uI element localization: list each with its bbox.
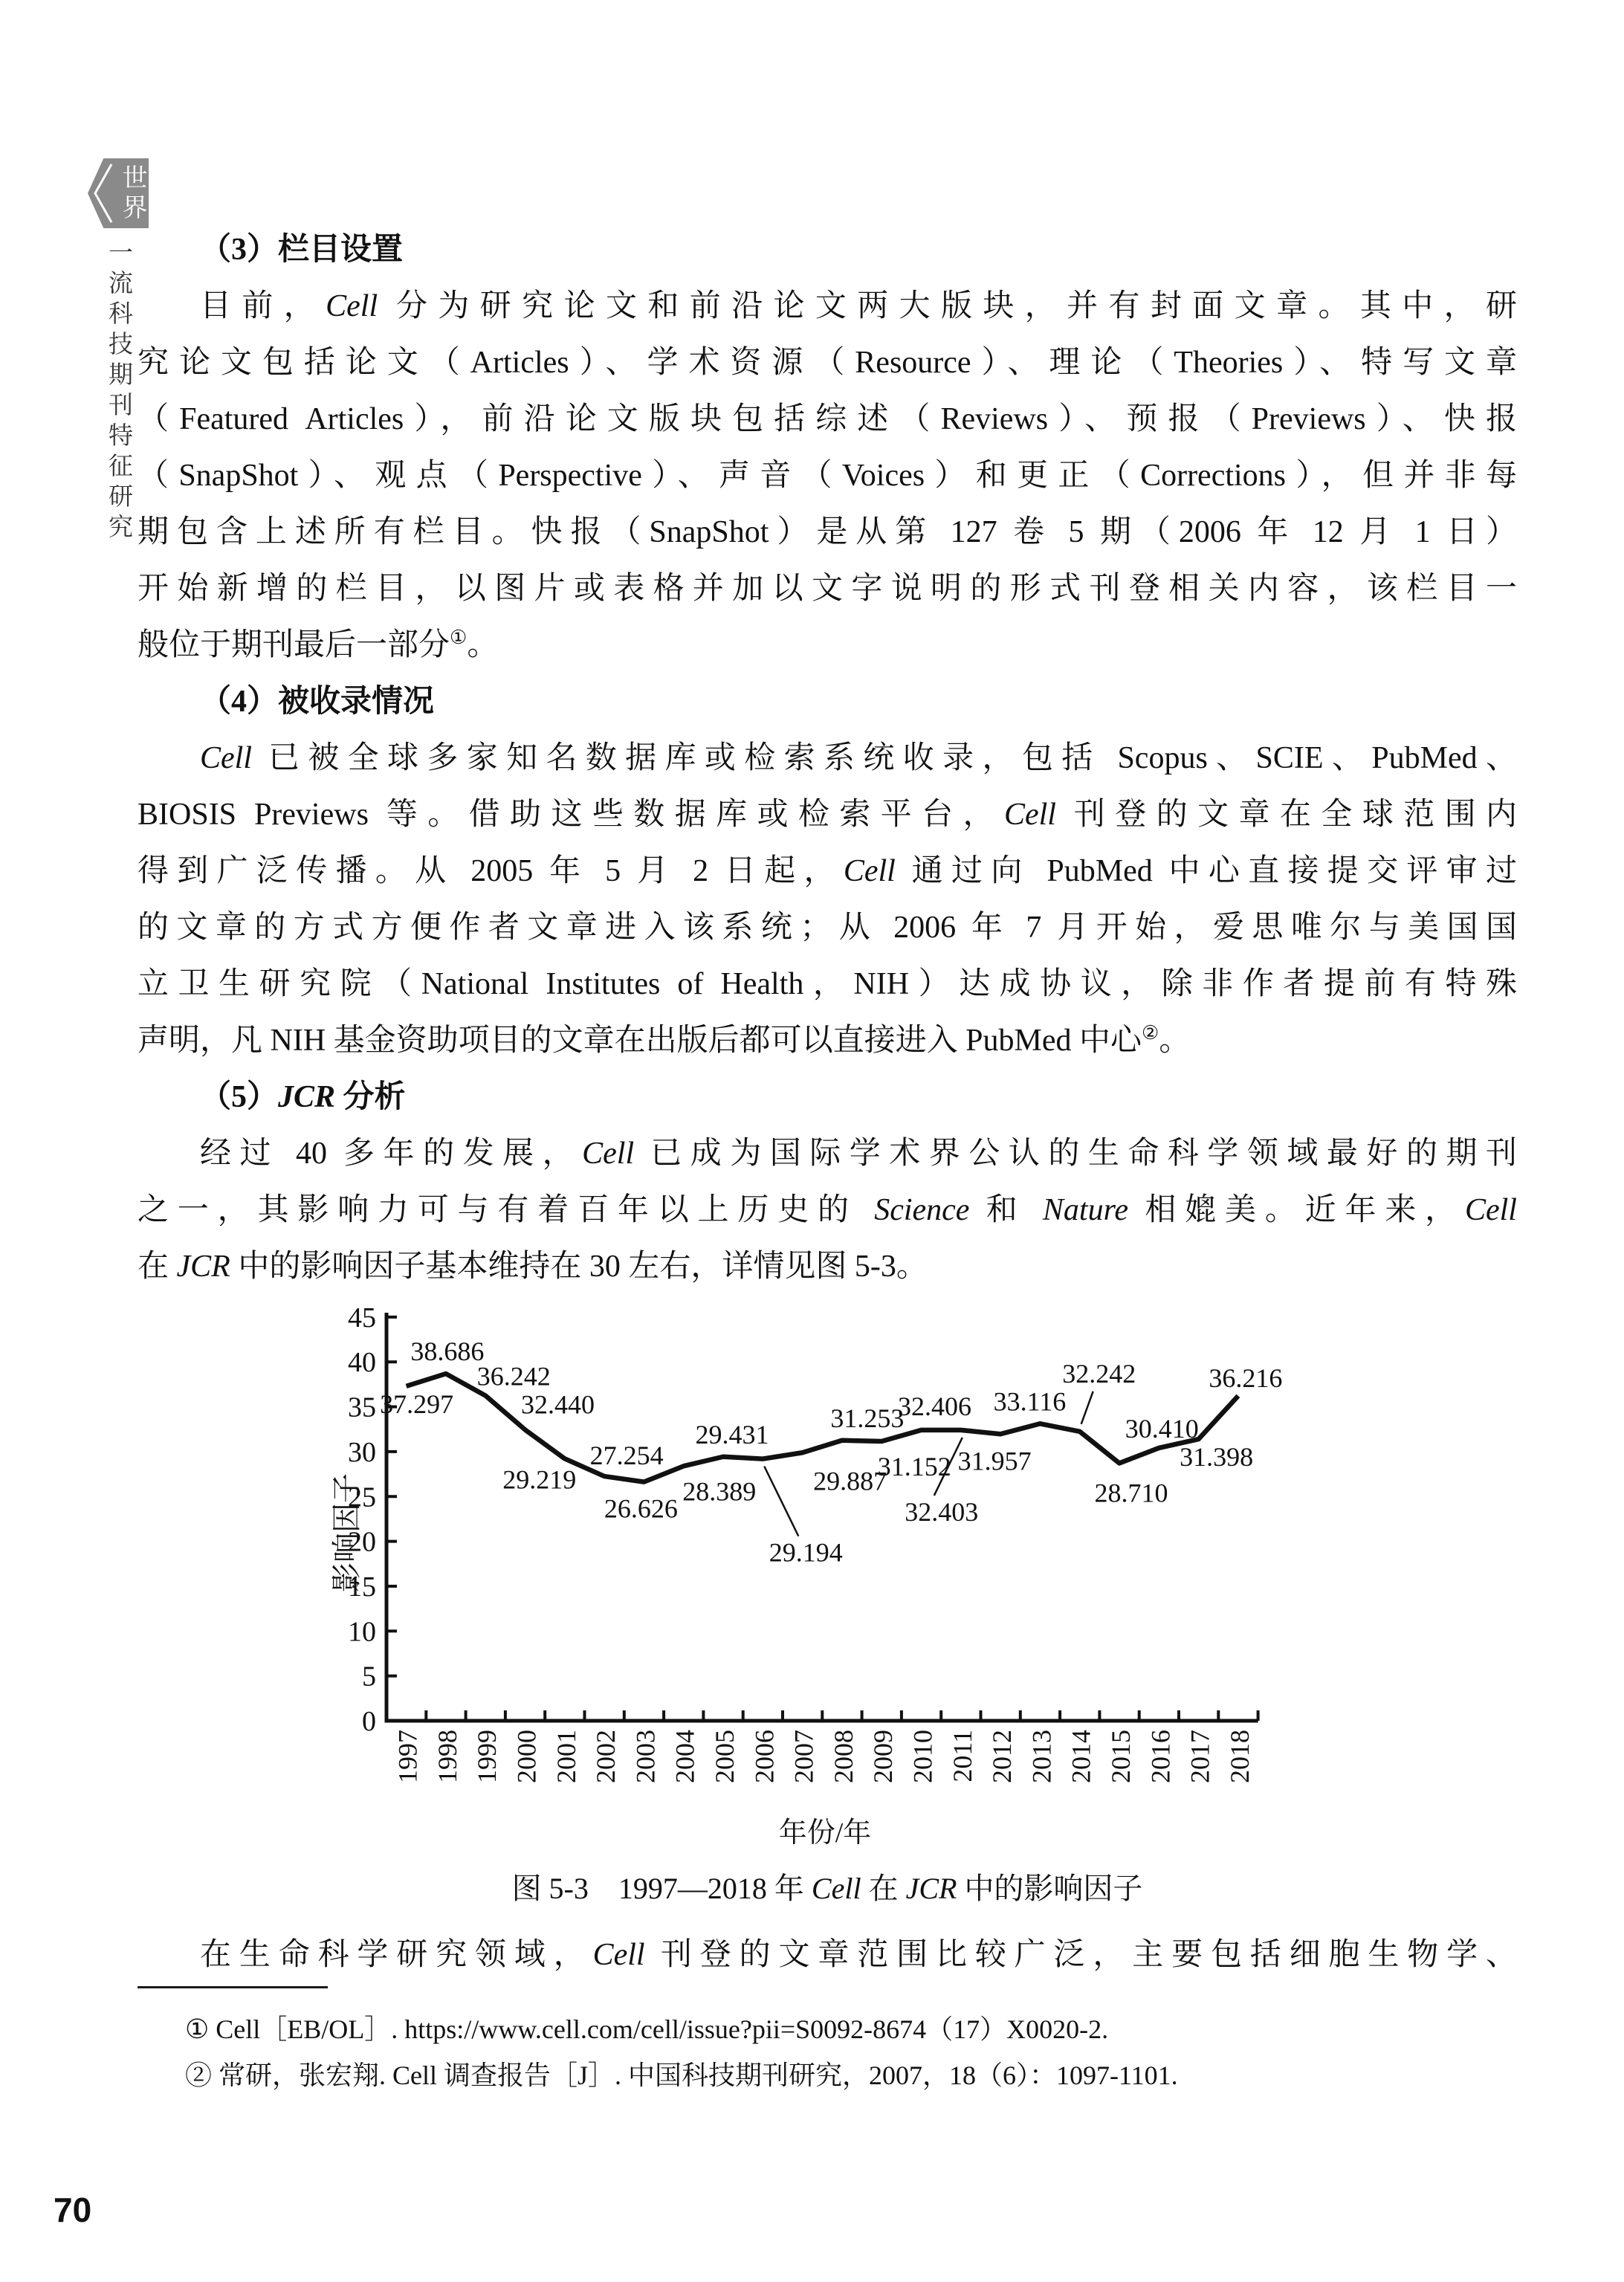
year-label: 2010 — [908, 1730, 938, 1783]
year-label: 2000 — [512, 1730, 542, 1783]
text-segment: 在生命科学研究领域， — [200, 1938, 593, 1972]
text-segment: 相媲美。近年来， — [1128, 1193, 1465, 1227]
text-segment: 中的影响因子基本维持在 30 左右，详情见图 5-3。 — [230, 1250, 928, 1284]
year-label: 2009 — [868, 1730, 898, 1783]
impact-factor-chart: 0510152025303540451997199819992000200120… — [282, 1302, 1360, 1878]
year-label: 2018 — [1225, 1730, 1255, 1783]
data-label: 31.253 — [830, 1403, 904, 1433]
data-label: 29.431 — [696, 1420, 769, 1449]
year-label: 2002 — [591, 1730, 621, 1783]
label-leader-line — [764, 1467, 798, 1536]
body-line: （Featured Articles），前沿论文版块包括综述（Reviews）、… — [138, 391, 1517, 447]
data-label: 36.216 — [1209, 1363, 1282, 1393]
text-segment: Cell — [1004, 798, 1056, 832]
main-text-block: （3）栏目设置目前，Cell 分为研究论文和前沿论文两大版块，并有封面文章。其中… — [138, 222, 1517, 1295]
text-segment: 。 — [1159, 1024, 1190, 1058]
data-label: 33.116 — [994, 1386, 1067, 1416]
year-label: 2014 — [1067, 1730, 1096, 1783]
data-label: 27.254 — [590, 1441, 664, 1470]
text-segment: 已被全球多家知名数据库或检索系统收录，包括 Scopus、SCIE、PubMed… — [252, 741, 1517, 775]
year-label: 2016 — [1145, 1730, 1175, 1783]
body-line: 立卫生研究院（National Institutes of Health，NIH… — [138, 956, 1517, 1012]
chapter-badge-label: 世界 — [114, 164, 151, 224]
footnote-divider — [138, 1986, 328, 1988]
body-line: Cell 已被全球多家知名数据库或检索系统收录，包括 Scopus、SCIE、P… — [138, 730, 1517, 786]
x-axis-title: 年份/年 — [779, 1817, 872, 1849]
text-segment: （3）栏目设置 — [200, 233, 403, 267]
text-segment: Cell — [326, 289, 378, 323]
y-tick-label: 0 — [362, 1706, 376, 1737]
chart-canvas: 0510152025303540451997199819992000200120… — [282, 1302, 1360, 1875]
text-segment: 般位于期刊最后一部分 — [138, 628, 450, 662]
data-label: 29.194 — [769, 1538, 843, 1568]
y-axis-title: 影响因子 — [330, 1473, 363, 1592]
y-tick-label: 30 — [348, 1437, 376, 1468]
year-label: 1998 — [433, 1730, 462, 1783]
text-segment: 。 — [467, 628, 498, 662]
text-segment: Cell — [200, 741, 252, 775]
year-label: 2011 — [948, 1730, 977, 1782]
year-label: 2015 — [1106, 1730, 1136, 1783]
footnote-2: ② 常研，张宏翔. Cell 调查报告［J］. 中国科技期刊研究，2007，18… — [138, 2052, 1517, 2098]
data-label: 31.398 — [1180, 1442, 1253, 1472]
text-segment: Cell — [844, 854, 896, 888]
data-label: 28.710 — [1095, 1478, 1168, 1507]
body-line: 目前，Cell 分为研究论文和前沿论文两大版块，并有封面文章。其中，研 — [138, 278, 1517, 334]
year-label: 1997 — [393, 1730, 423, 1783]
text-segment: 开始新增的栏目，以图片或表格并加以文字说明的形式刊登相关内容，该栏目一 — [138, 572, 1517, 606]
book-page: { "page": { "number": "70", "background"… — [0, 0, 1624, 2282]
label-leader-line — [1081, 1391, 1093, 1424]
year-label: 2001 — [551, 1730, 581, 1783]
data-label: 31.152 — [878, 1452, 951, 1481]
y-tick-label: 10 — [348, 1616, 376, 1647]
body-line: BIOSIS Previews 等。借助这些数据库或检索平台，Cell 刊登的文… — [138, 786, 1517, 843]
text-segment: 之一，其影响力可与有着百年以上历史的 — [138, 1193, 874, 1227]
text-segment: 目前， — [200, 289, 326, 323]
body-line: 般位于期刊最后一部分①。 — [138, 617, 1517, 673]
text-segment: 经过 40 多年的发展， — [200, 1137, 582, 1171]
text-segment: 在 — [138, 1250, 177, 1284]
after-figure-paragraph: 在生命科学研究领域，Cell 刊登的文章范围比较广泛，主要包括细胞生物学、 — [138, 1927, 1517, 1983]
text-segment: （Featured Articles），前沿论文版块包括综述（Reviews）、… — [138, 402, 1517, 436]
text-segment: JCR — [177, 1250, 230, 1284]
data-label: 31.957 — [958, 1446, 1032, 1475]
footnotes-block: ① Cell［EB/OL］. https://www.cell.com/cell… — [138, 1986, 1517, 2098]
body-line: 的文章的方式方便作者文章进入该系统；从 2006 年 7 月开始，爱思唯尔与美国… — [138, 899, 1517, 956]
text-segment: 期包含上述所有栏目。快报（SnapShot）是从第 127 卷 5 期（2006… — [138, 515, 1517, 549]
data-label: 32.242 — [1062, 1359, 1136, 1389]
year-label: 1999 — [472, 1730, 502, 1783]
y-tick-label: 45 — [348, 1302, 376, 1334]
data-label: 38.686 — [410, 1336, 484, 1366]
y-tick-label: 35 — [348, 1392, 376, 1423]
section-heading: （3）栏目设置 — [138, 222, 1517, 278]
footnote-1: ① Cell［EB/OL］. https://www.cell.com/cell… — [138, 2006, 1517, 2052]
year-label: 2013 — [1026, 1730, 1056, 1783]
data-label: 26.626 — [604, 1494, 678, 1524]
year-label: 2012 — [987, 1730, 1017, 1783]
data-label: 29.219 — [502, 1464, 576, 1494]
text-segment: 分析 — [335, 1080, 406, 1114]
text-segment: 刊登的文章范围比较广泛，主要包括细胞生物学、 — [645, 1938, 1517, 1972]
body-line: 之一，其影响力可与有着百年以上历史的 Science 和 Nature 相媲美。… — [138, 1182, 1517, 1238]
figure-caption: 图 5-3 1997—2018 年 Cell 在 JCR 中的影响因子 — [138, 1863, 1517, 1915]
text-segment: Nature — [1043, 1193, 1128, 1227]
body-line: 经过 40 多年的发展，Cell 已成为国际学术界公认的生命科学领域最好的期刊 — [138, 1125, 1517, 1182]
text-segment: （SnapShot）、观点（Perspective）、声音（Voices）和更正… — [138, 459, 1517, 493]
year-label: 2006 — [749, 1730, 779, 1783]
year-label: 2004 — [670, 1730, 700, 1783]
body-line: 声明，凡 NIH 基金资助项目的文章在出版后都可以直接进入 PubMed 中心②… — [138, 1012, 1517, 1069]
text-segment: 和 — [969, 1193, 1042, 1227]
text-segment: 究论文包括论文（Articles）、学术资源（Resource）、理论（Theo… — [138, 346, 1517, 380]
y-tick-label: 40 — [348, 1347, 376, 1378]
section-heading: （4）被收录情况 — [138, 673, 1517, 730]
text-segment: 通过向 PubMed 中心直接提交评审过 — [896, 854, 1517, 888]
year-label: 2007 — [789, 1730, 819, 1783]
data-label: 36.242 — [477, 1362, 551, 1391]
book-title-vertical: 一流科技期刊特征研究 — [101, 239, 136, 544]
footnote-reference: ② — [1142, 1022, 1159, 1044]
text-segment: Cell — [812, 1872, 861, 1905]
text-segment: 声明，凡 NIH 基金资助项目的文章在出版后都可以直接进入 PubMed 中心 — [138, 1024, 1142, 1058]
data-label: 29.887 — [813, 1466, 887, 1496]
section-heading: （5）JCR 分析 — [138, 1069, 1517, 1125]
data-label: 32.406 — [898, 1391, 971, 1421]
data-label: 32.440 — [521, 1389, 595, 1419]
footnote-reference: ① — [450, 627, 467, 648]
text-segment: JCR — [278, 1080, 335, 1114]
data-label: 32.403 — [905, 1497, 978, 1527]
text-segment: （4）被收录情况 — [200, 685, 434, 719]
text-segment: 中的影响因子 — [957, 1872, 1142, 1905]
year-label: 2017 — [1185, 1730, 1215, 1783]
text-segment: （5） — [200, 1080, 278, 1114]
text-segment: JCR — [906, 1872, 957, 1905]
text-segment: BIOSIS Previews 等。借助这些数据库或检索平台， — [138, 798, 1004, 832]
text-segment: 的文章的方式方便作者文章进入该系统；从 2006 年 7 月开始，爱思唯尔与美国… — [138, 911, 1517, 945]
data-label: 30.410 — [1125, 1414, 1199, 1444]
text-segment: Cell — [593, 1938, 645, 1972]
body-line: （SnapShot）、观点（Perspective）、声音（Voices）和更正… — [138, 447, 1517, 504]
text-segment: 已成为国际学术界公认的生命科学领域最好的期刊 — [634, 1137, 1517, 1171]
text-segment: Science — [874, 1193, 969, 1227]
text-segment: Cell — [1465, 1193, 1517, 1227]
text-segment: 在 — [861, 1872, 906, 1905]
text-segment: 刊登的文章在全球范围内 — [1056, 798, 1517, 832]
text-segment: Cell — [582, 1137, 634, 1171]
text-segment: 得到广泛传播。从 2005 年 5 月 2 日起， — [138, 854, 844, 888]
body-line: 期包含上述所有栏目。快报（SnapShot）是从第 127 卷 5 期（2006… — [138, 504, 1517, 560]
chapter-tab-badge: 世界 — [88, 158, 149, 228]
y-tick-label: 5 — [362, 1661, 376, 1693]
body-line: 在 JCR 中的影响因子基本维持在 30 左右，详情见图 5-3。 — [138, 1238, 1517, 1295]
text-segment: 立卫生研究院（National Institutes of Health，NIH… — [138, 967, 1517, 1001]
year-label: 2005 — [710, 1730, 740, 1783]
data-label: 37.297 — [380, 1389, 453, 1419]
text-segment: 分为研究论文和前沿论文两大版块，并有封面文章。其中，研 — [378, 289, 1517, 323]
year-label: 2008 — [829, 1730, 858, 1783]
data-label: 28.389 — [682, 1476, 756, 1506]
page-number: 70 — [54, 2190, 91, 2230]
body-line: 开始新增的栏目，以图片或表格并加以文字说明的形式刊登相关内容，该栏目一 — [138, 560, 1517, 617]
body-line: 究论文包括论文（Articles）、学术资源（Resource）、理论（Theo… — [138, 334, 1517, 391]
year-label: 2003 — [630, 1730, 660, 1783]
body-line: 在生命科学研究领域，Cell 刊登的文章范围比较广泛，主要包括细胞生物学、 — [138, 1927, 1517, 1983]
body-line: 得到广泛传播。从 2005 年 5 月 2 日起，Cell 通过向 PubMed… — [138, 843, 1517, 899]
text-segment: 图 5-3 1997—2018 年 — [512, 1872, 812, 1905]
